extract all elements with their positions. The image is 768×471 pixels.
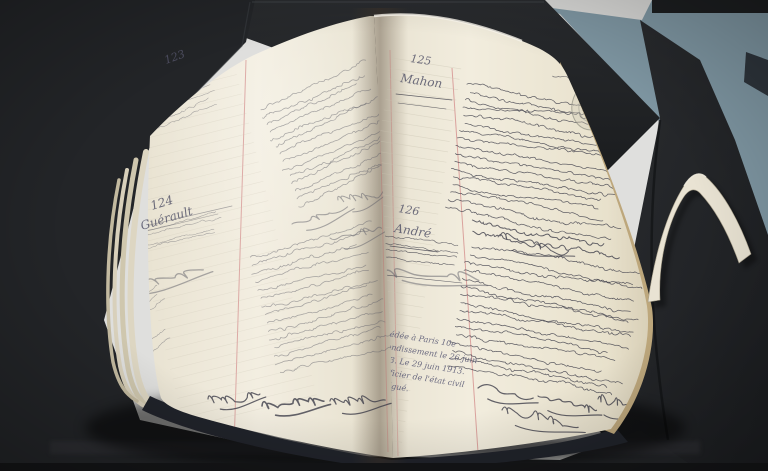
scene-canvas: 123 124 Guérault 125 Mahon 126 André Déc…	[0, 0, 768, 471]
dark-object-top	[652, 0, 768, 13]
box-front-bottom	[0, 463, 768, 471]
photo-open-register-in-archive-box: 123 124 Guérault 125 Mahon 126 André Déc…	[0, 0, 768, 471]
